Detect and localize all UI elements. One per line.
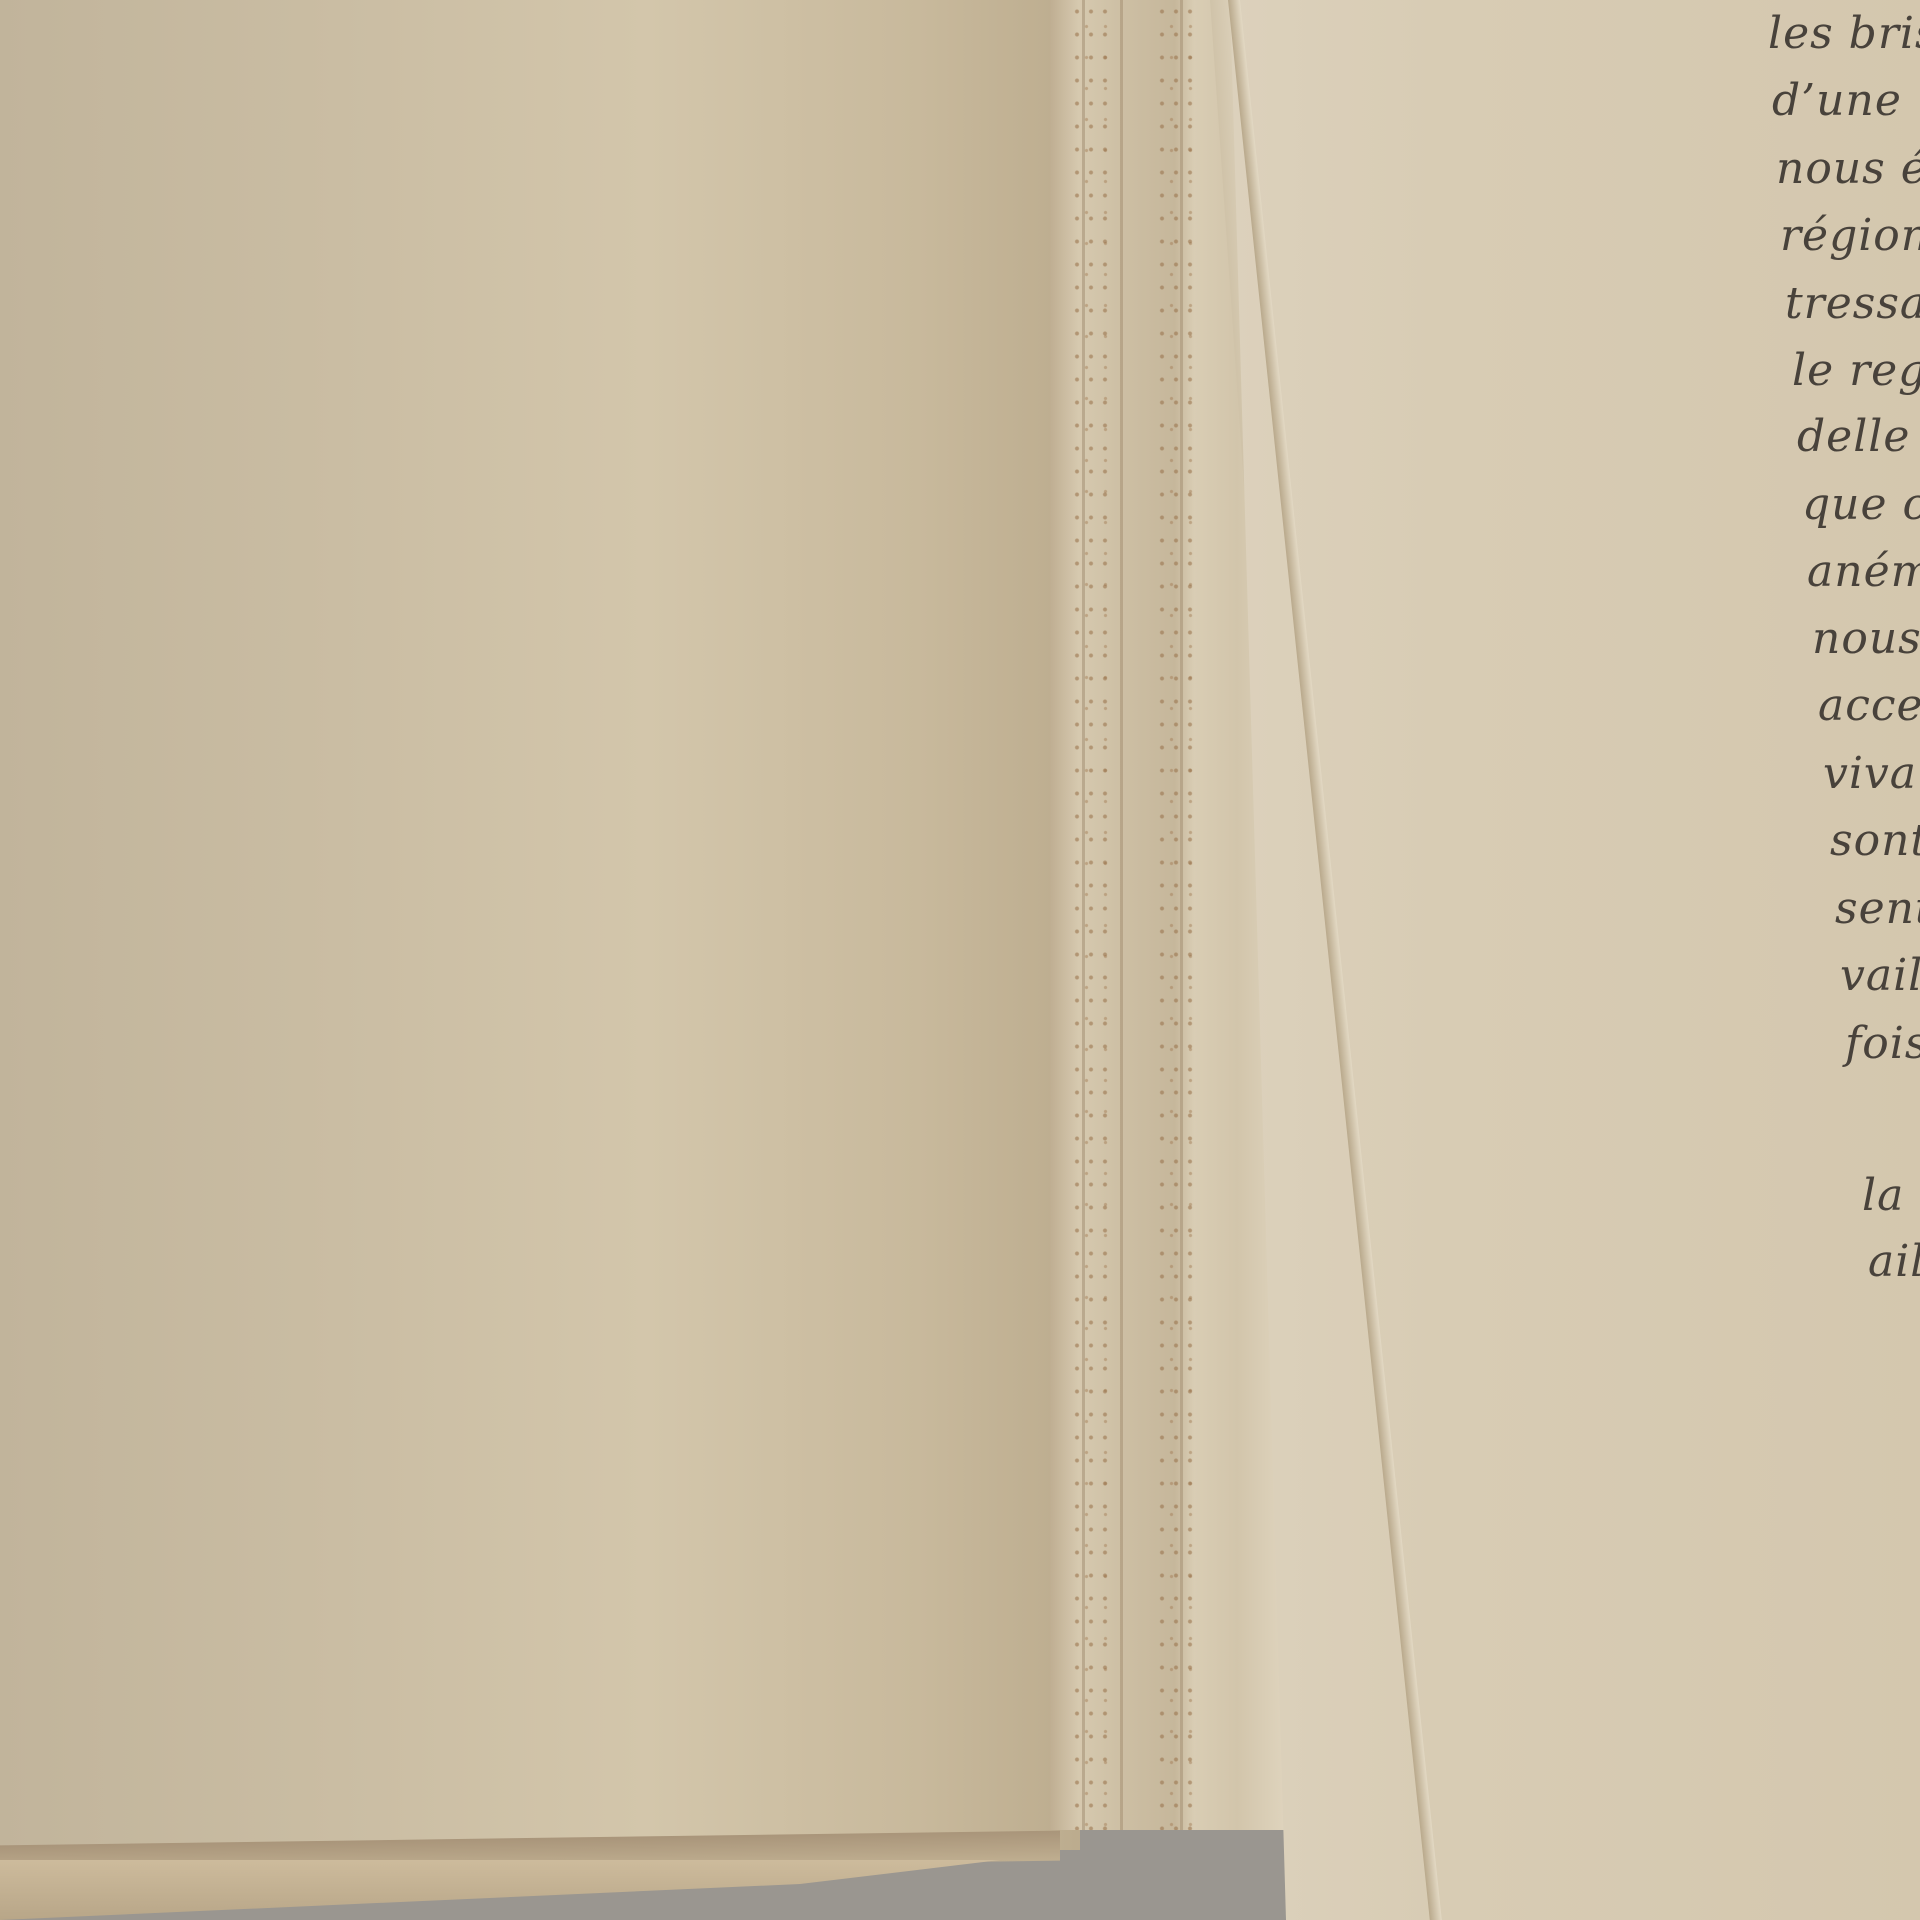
text-line: aném [1807,550,1920,594]
text-line: régions [1780,214,1920,258]
text-line: nous é [1776,147,1920,191]
text-line: que c [1802,483,1920,527]
text-line: d’une [1772,79,1902,123]
text-line: le regr [1792,349,1920,393]
text-line: les bris [1768,12,1920,56]
foxing-spots [1070,0,1110,1830]
text-line: nous [1812,617,1920,661]
text-line: accer [1818,684,1920,728]
text-line: delle c [1797,415,1920,459]
gutter-fold-line [1120,0,1123,1830]
foxing-spots [1155,0,1195,1830]
book-photo: les bris d’une nous é régions tressai le… [0,0,1920,1920]
text-line: tressai [1785,282,1920,326]
text-line: vail [1840,954,1920,998]
left-page-blank [0,0,1080,1850]
text-line: ail [1868,1240,1920,1284]
text-line: fois [1845,1022,1920,1066]
underlying-sheet-edge [0,1860,1000,1920]
text-line: sent [1835,887,1920,931]
text-line: la [1862,1174,1904,1218]
text-line: viva [1823,752,1917,796]
text-line: sont [1830,819,1920,863]
